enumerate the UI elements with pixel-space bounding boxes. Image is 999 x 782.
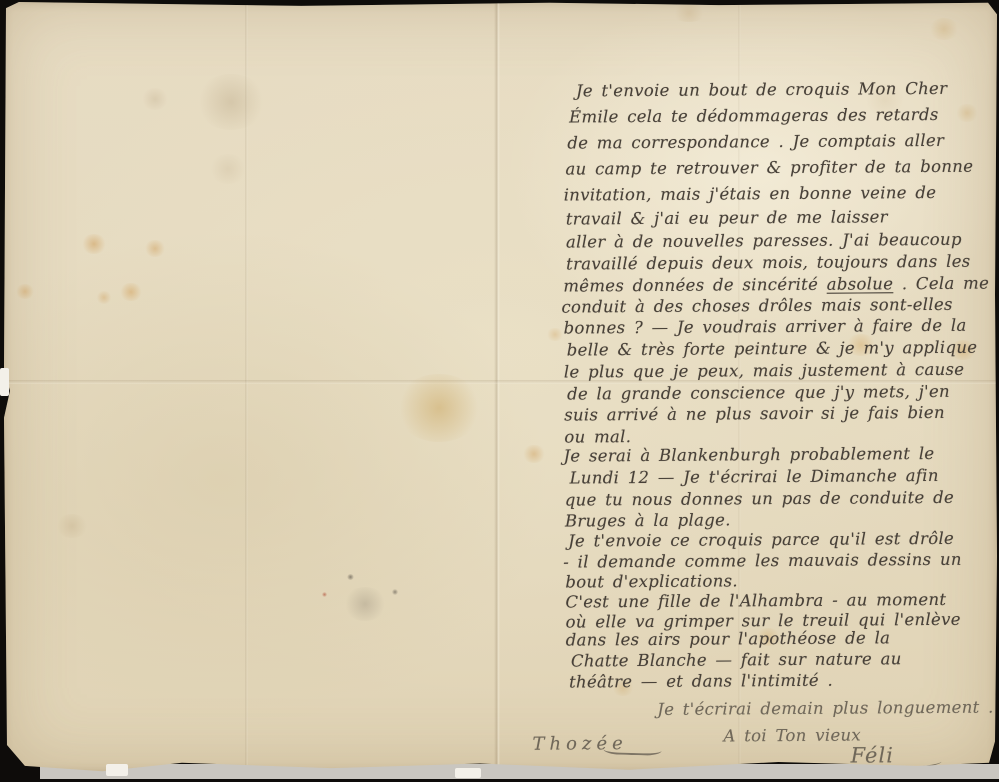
letter-line: théâtre — et dans l'intimité . (569, 671, 833, 693)
letter-line: Je t'envoie un bout de croquis Mon Cher (576, 79, 947, 102)
letter-line: Je serai à Blankenburgh probablement le (563, 444, 934, 467)
letter-line: aller à de nouvelles paresses. J'ai beau… (566, 230, 962, 253)
letter-line: au camp te retrouver & profiter de ta bo… (565, 157, 973, 180)
archival-annotation: Thozée (532, 734, 627, 755)
letter-line: - il demande comme les mauvais dessins u… (563, 550, 962, 573)
letter-line: de la grande conscience que j'y mets, j'… (567, 382, 950, 405)
letter-line: Je t'envoie ce croquis parce qu'il est d… (568, 529, 954, 552)
letter-line: Lundi 12 — Je t'écrirai le Dimanche afin (570, 466, 939, 489)
letter-line: de ma correspondance . Je comptais aller (567, 131, 944, 154)
letter-line: bonnes ? — Je voudrais arriver à faire d… (564, 316, 967, 339)
letter-line: Bruges à la plage. (565, 510, 731, 531)
scanned-letter-photo: { "document": { "kind": "handwritten let… (0, 0, 999, 782)
letter-line: Chatte Blanche — fait sur nature au (571, 649, 902, 671)
letter-line: ou mal. (564, 427, 631, 447)
letter-line: Émile cela te dédommageras des retards (569, 105, 939, 128)
letter-line: mêmes données de sincérité absolue . Cel… (563, 274, 989, 297)
letter-line: conduit à des choses drôles mais sont-el… (561, 295, 952, 318)
letter-line: dans les airs pour l'apothéose de la (566, 628, 891, 650)
underlined-word: absolue (827, 274, 894, 293)
letter-line: C'est une fille de l'Alhambra - au momen… (565, 590, 946, 613)
letter-sheet: Je t'envoie un bout de croquis Mon Cher … (3, 2, 997, 772)
letter-line: invitation, mais j'étais en bonne veine … (564, 183, 937, 206)
signature: Féli (851, 745, 894, 765)
scanner-backing-strip (40, 764, 999, 779)
letter-line: le plus que je peux, mais justement à ca… (564, 360, 965, 383)
line-text: . Cela me (893, 274, 989, 294)
letter-line: travaillé depuis deux mois, toujours dan… (566, 252, 971, 275)
line-text: mêmes données de sincérité (563, 275, 827, 296)
letter-line: suis arrivé à ne plus savoir si je fais … (564, 403, 945, 426)
letter-valediction: A toi Ton vieux (723, 725, 861, 746)
letter-closing: Je t'écrirai demain plus longuement . (657, 698, 994, 720)
letter-line: travail & j'ai eu peur de me laisser (566, 207, 888, 229)
letter-text-block: Je t'envoie un bout de croquis Mon Cher … (3, 2, 997, 772)
letter-line: belle & très forte peinture & je m'y app… (567, 338, 978, 361)
letter-line: bout d'explications. (565, 571, 738, 592)
letter-line: que tu nous donnes un pas de conduite de (565, 488, 954, 511)
